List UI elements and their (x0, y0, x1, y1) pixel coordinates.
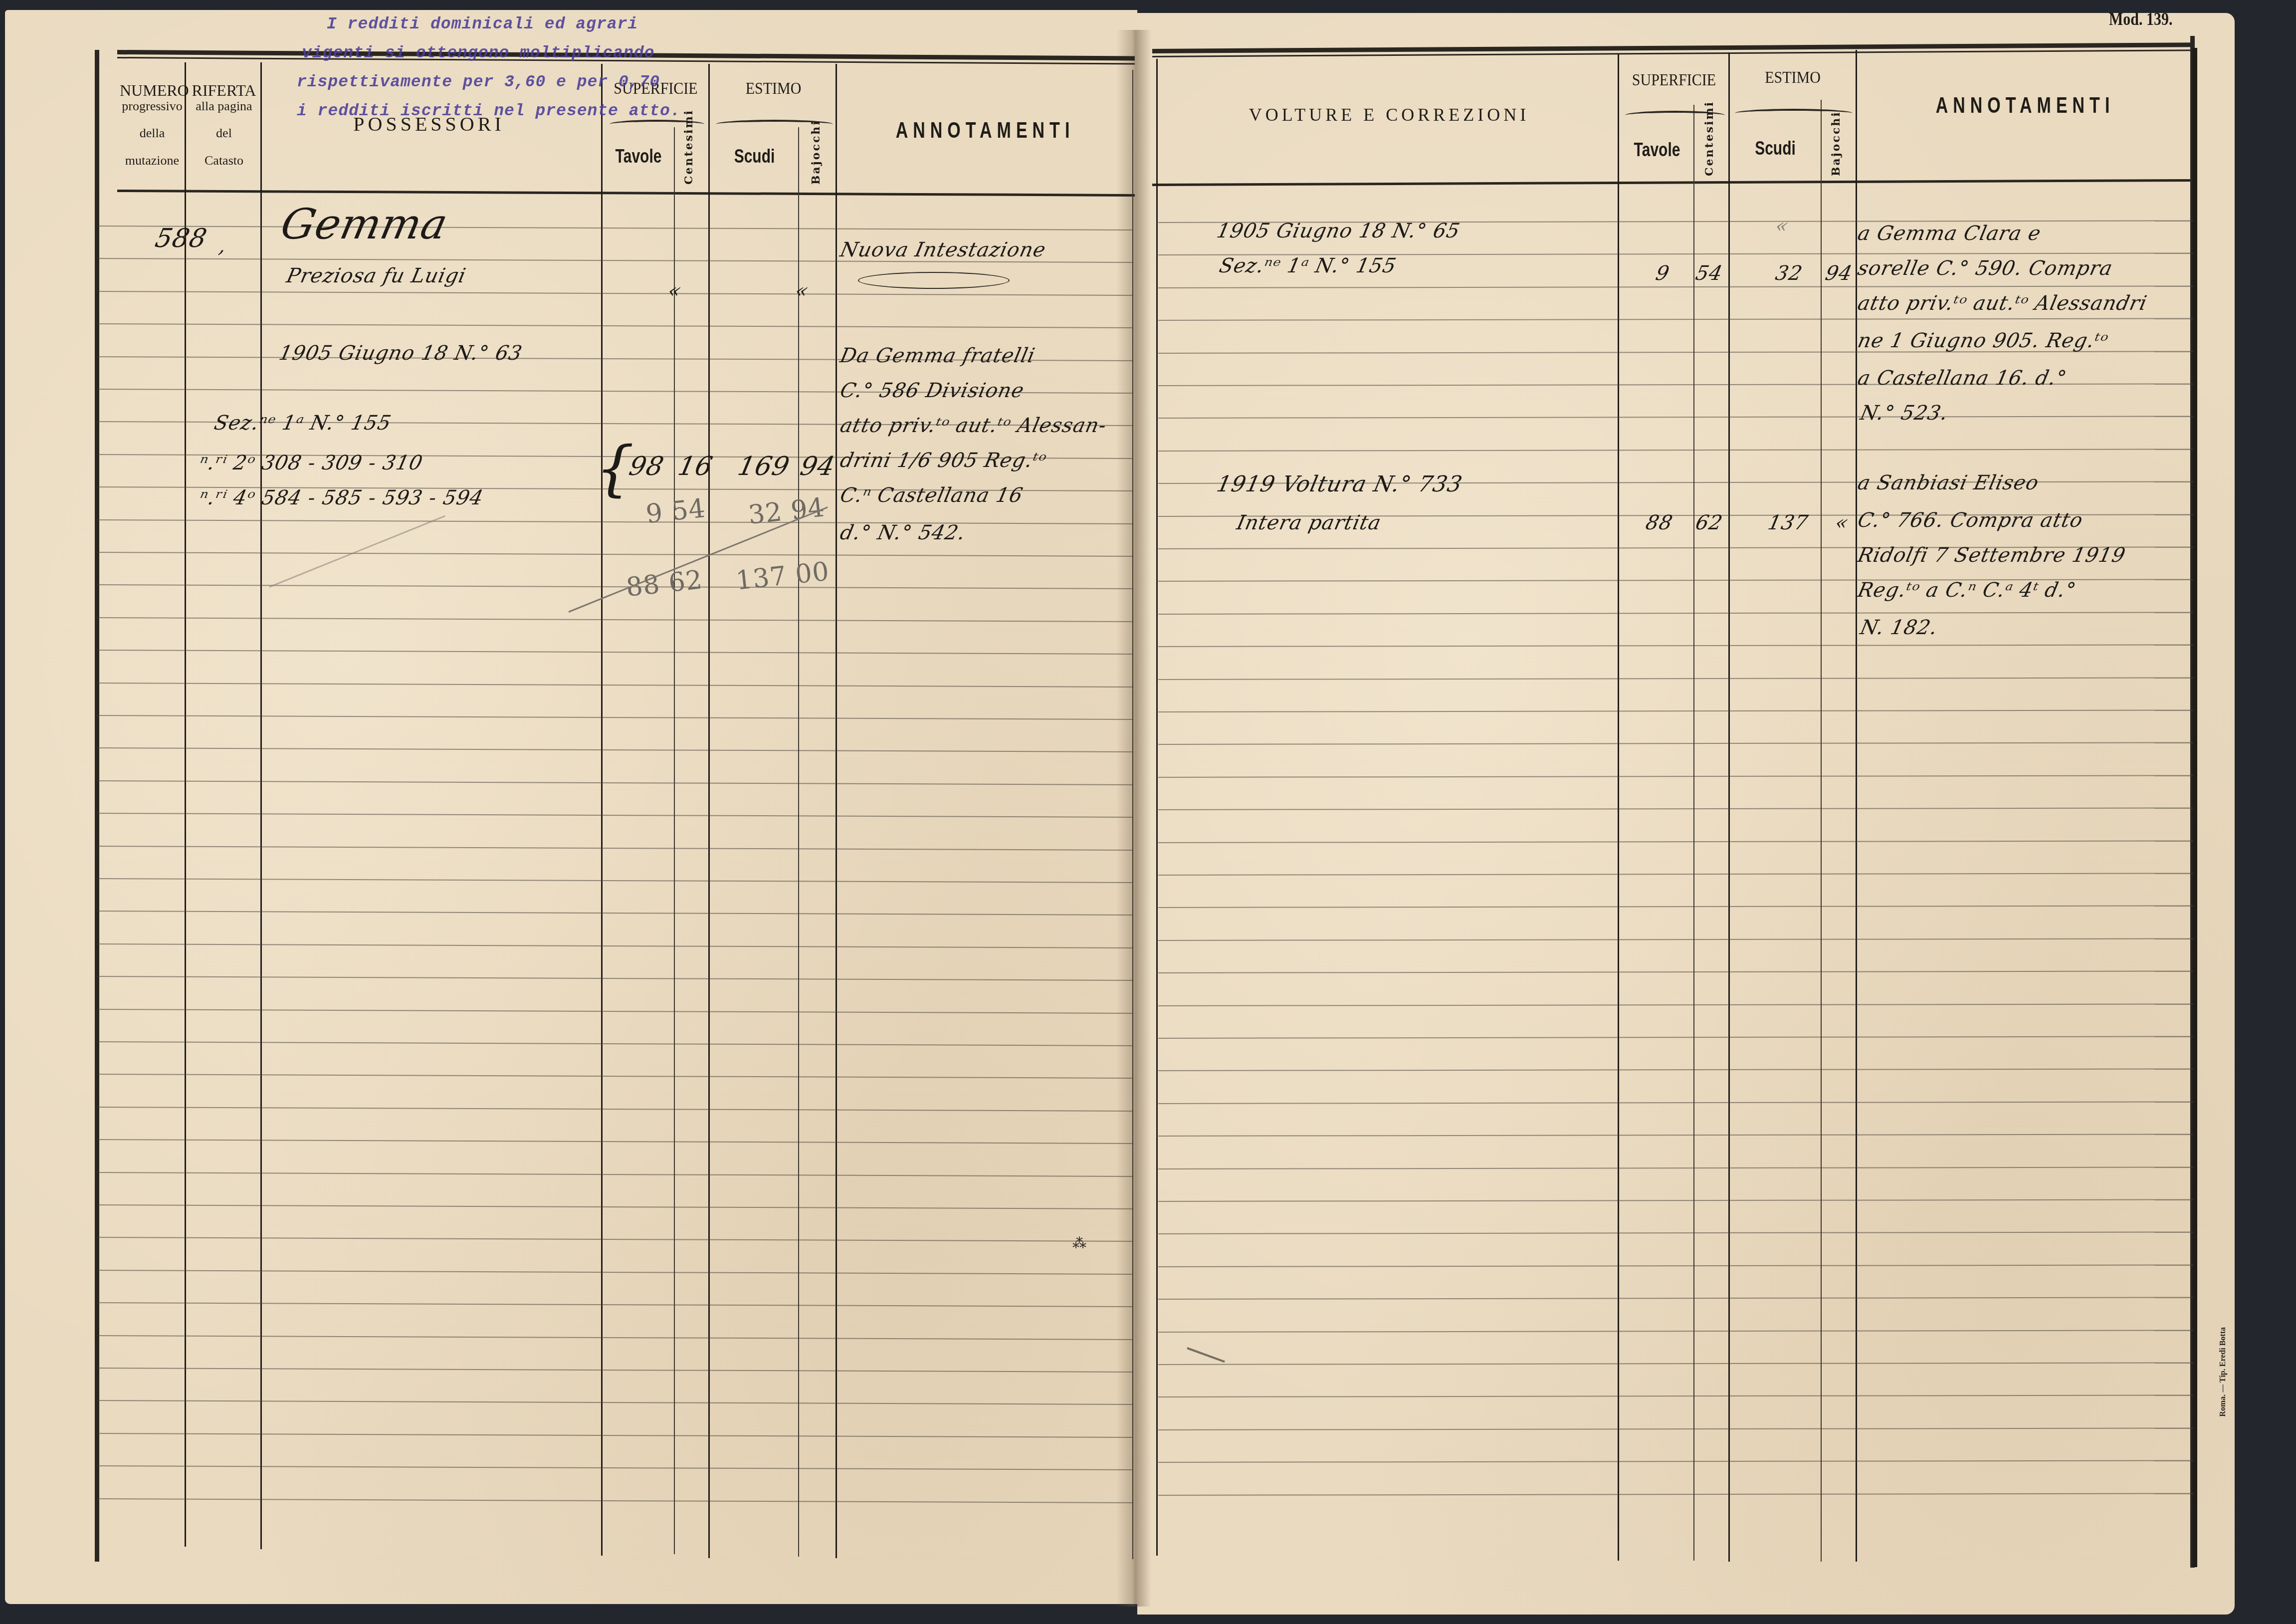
voltura-1-annotation: sorelle C.° 590. Compra (1856, 257, 2115, 280)
left-page-right-edge-rule (1132, 70, 1133, 1559)
header-bajocchi-right: Bajocchi (1831, 124, 1842, 176)
header-numero-line: progressivo (122, 99, 182, 113)
header-volture-correzioni: VOLTURE E CORREZIONI (1162, 106, 1616, 125)
annotation-line: C.° 586 Divisione (838, 379, 1027, 402)
annotation-line: d.° N.° 542. (838, 521, 968, 544)
voltura-2-line1: 1919 Voltura N.° 733 (1215, 471, 1465, 497)
right-col-divider-superficie (1728, 52, 1730, 1562)
left-col-divider-tavole (674, 127, 675, 1554)
entry-parcels-1: ⁿ.ʳⁱ 2ᵒ 308 - 309 - 310 (197, 452, 425, 474)
left-header-bottom-rule (117, 190, 1135, 197)
voltura-1-annotation: ne 1 Giugno 905. Reg.ᵗᵒ (1856, 329, 2110, 352)
voltura-2-annotation: Ridolfi 7 Settembre 1919 (1856, 544, 2127, 567)
entry-numero: 588 (153, 224, 210, 253)
header-riferta-line: alla pagina (196, 99, 252, 113)
header-bajocchi: Bajocchi (811, 132, 822, 185)
stamp-line: rispettivamente per 3,60 e per 0,70 (297, 68, 681, 97)
ink-speck: ⁂ (1072, 1235, 1086, 1251)
left-col-divider-numero (185, 62, 186, 1547)
stamp-line: vigenti si ottengono moltiplicando (302, 39, 681, 68)
entry-section-ref: Sez.ⁿᵉ 1ᵃ N.° 155 (212, 412, 393, 435)
header-annotamenti-right: ANNOTAMENTI (1858, 95, 2192, 118)
header-tavole-right: Tavole (1620, 140, 1694, 160)
header-numero-line: mutazione (125, 153, 179, 168)
right-col-divider-volture-left (1156, 59, 1158, 1556)
entry-possessore-detail: Preziosa fu Luigi (284, 264, 468, 287)
right-header-bottom-rule (1152, 179, 2195, 186)
voltura-1-annotation: N.° 523. (1858, 402, 1950, 425)
header-annotamenti-left: ANNOTAMENTI (838, 120, 1132, 143)
header-superficie-group-right: SUPERFICIE (1621, 71, 1727, 89)
entry-parcels-2: ⁿ.ʳⁱ 4ᵒ 584 - 585 - 593 - 594 (197, 486, 485, 509)
header-numero-line: della (140, 126, 165, 140)
voltura-2-line2: Intera partita (1235, 511, 1383, 534)
header-centesimi: Centesimi (683, 132, 695, 185)
left-col-divider-possessori (601, 64, 603, 1556)
annotation-flourish (858, 272, 1010, 289)
pencil-superficie-1: 9 54 (644, 493, 707, 529)
voltura-2-scudi: 137 (1766, 511, 1810, 534)
annotation-line: Da Gemma fratelli (838, 344, 1037, 367)
entry-possessore-name: Gemma (277, 200, 452, 248)
right-col-divider-volture (1618, 54, 1619, 1561)
left-col-divider-scudi (798, 127, 799, 1557)
stamp-line: i redditi iscritti nel presente atto. (297, 97, 681, 126)
header-riferta-line: del (216, 126, 232, 140)
voltura-1-annotation: atto priv.ᵗᵒ aut.ᵗᵒ Alessandri (1856, 292, 2149, 315)
left-col-divider-riferta (260, 62, 262, 1549)
voltura-2-centesimi: 62 (1693, 511, 1725, 534)
voltura-1-bajocchi: 94 (1823, 262, 1855, 285)
stamp-line: I redditi dominicali ed agrari (302, 10, 681, 39)
voltura-1-centesimi: 54 (1693, 262, 1725, 285)
header-centesimi-right: Centesimi (1704, 124, 1715, 176)
form-model-label: Mod. 139. (2109, 9, 2173, 30)
header-estimo-group: ESTIMO (712, 80, 835, 98)
voltura-2-annotation: C.° 766. Compra atto (1856, 509, 2085, 532)
voltura-1-scudi: 32 (1773, 262, 1805, 285)
entry-superficie-tavole: 98 (626, 452, 667, 481)
header-riferta-title: RIFERTA (192, 81, 256, 99)
entry-superficie-centesimi: 16 (675, 452, 716, 481)
header-riferta-line: Catasto (205, 153, 243, 168)
right-col-divider-tavole (1693, 105, 1694, 1561)
revenue-stamp: I redditi dominicali ed agrari vigenti s… (302, 10, 681, 126)
header-riferta: RIFERTA alla pagina del Catasto (189, 82, 259, 167)
printer-imprint: Roma. — Tip. Eredi Botta (2219, 1327, 2228, 1417)
header-numero: NUMERO progressivo della mutazione (120, 82, 185, 167)
voltura-2-annotation: N. 182. (1858, 616, 1940, 639)
voltura-2-annotation: Reg.ᵗᵒ a C.ⁿ C.ᵃ 4ᵗ d.° (1856, 579, 2078, 602)
annotation-line: drini 1/6 905 Reg.ᵗᵒ (838, 449, 1048, 472)
left-col-divider-superficie (708, 64, 710, 1558)
header-tavole: Tavole (604, 146, 673, 167)
entry-estimo-scudi: 169 (735, 452, 793, 481)
header-estimo-group-right: ESTIMO (1731, 69, 1855, 87)
left-col-divider-estimo (835, 64, 837, 1558)
annotation-line: atto priv.ᵗᵒ aut.ᵗᵒ Alessan- (838, 414, 1109, 437)
annotation-nuova-intestazione: Nuova Intestazione (838, 238, 1048, 261)
entry-date-ref: 1905 Giugno 18 N.° 63 (277, 342, 524, 365)
annotation-line: C.ⁿ Castellana 16 (838, 484, 1025, 507)
header-scudi-right: Scudi (1730, 138, 1821, 159)
voltura-1-line1: 1905 Giugno 18 N.° 65 (1215, 220, 1462, 242)
entry-estimo-bajocchi: 94 (798, 452, 838, 481)
voltura-1-annotation: a Gemma Clara e (1856, 222, 2043, 245)
voltura-2-annotation: a Sanbiasi Eliseo (1856, 471, 2041, 494)
voltura-2-tavole: 88 (1644, 511, 1675, 534)
header-numero-title: NUMERO (120, 81, 189, 99)
header-scudi: Scudi (711, 146, 798, 167)
voltura-1-line2: Sez.ⁿᵉ 1ᵃ N.° 155 (1217, 254, 1398, 277)
voltura-1-annotation: a Castellana 16. d.° (1856, 367, 2069, 390)
